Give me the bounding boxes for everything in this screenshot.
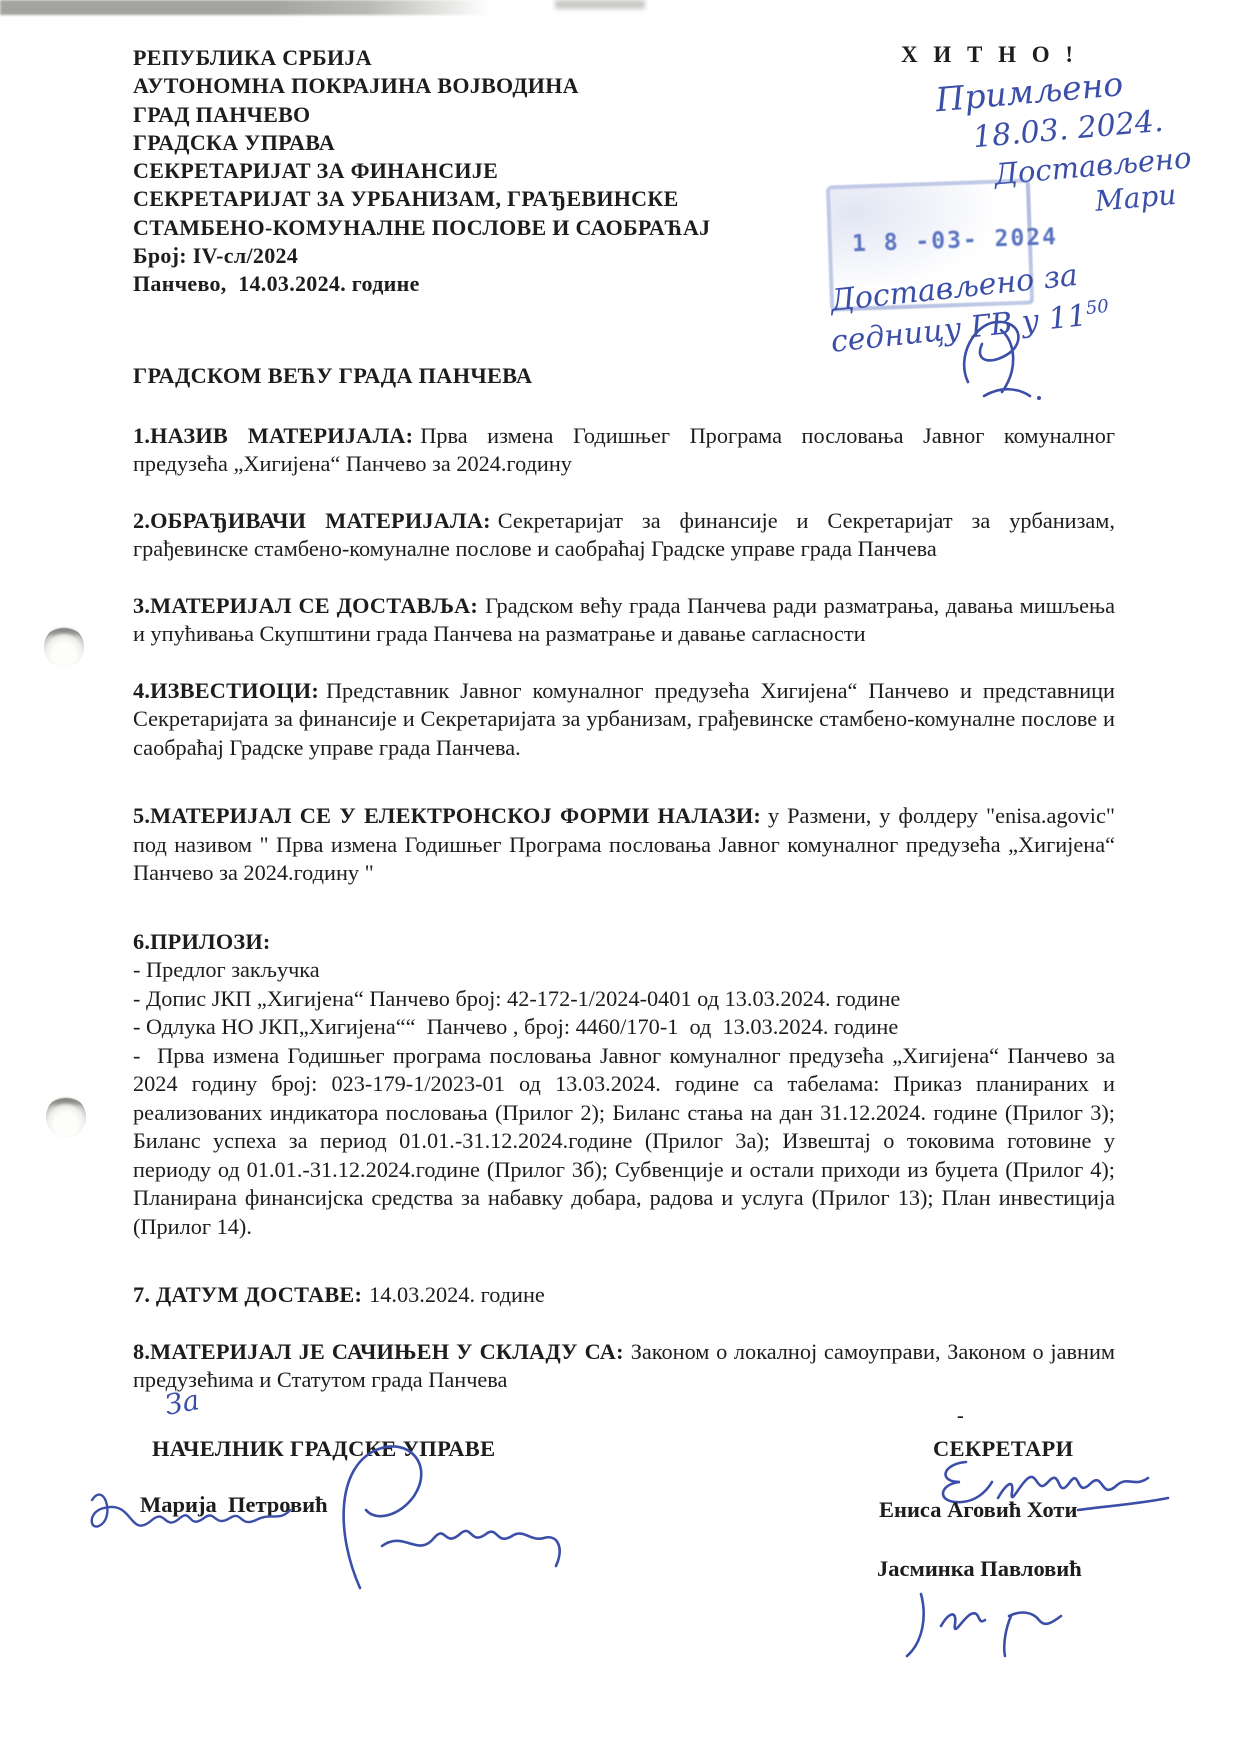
- letterhead-line: РЕПУБЛИКА СРБИЈА: [133, 44, 783, 72]
- section-8-label: 8.МАТЕРИЈАЛ ЈЕ САЧИЊЕН У СКЛАДУ СА:: [133, 1339, 624, 1364]
- section-2-label: 2.ОБРАЂИВАЧИ МАТЕРИЈАЛА:: [133, 508, 491, 533]
- letterhead-line: СЕКРЕТАРИЈАТ ЗА ФИНАНСИЈЕ: [133, 157, 783, 185]
- section-8: 8.МАТЕРИЈАЛ ЈЕ САЧИЊЕН У СКЛАДУ СА:Закон…: [133, 1338, 1115, 1395]
- section-4: 4.ИЗВЕСТИОЦИ:Представник Јавног комуналн…: [133, 677, 1115, 763]
- attachment-item: - Предлог закључка: [133, 956, 1115, 985]
- secretary-2-signature: [893, 1586, 1083, 1666]
- section-6: 6.ПРИЛОЗИ: - Предлог закључка - Допис ЈК…: [133, 928, 1115, 1242]
- section-3: 3.МАТЕРИЈАЛ СЕ ДОСТАВЉА:Градском већу гр…: [133, 592, 1115, 649]
- punch-hole-bottom: [46, 1096, 86, 1138]
- secretary-2-name: Јасминка Павловић: [877, 1556, 1082, 1582]
- section-5-label: 5.МАТЕРИЈАЛ СЕ У ЕЛЕКТРОНСКОЈ ФОРМИ НАЛА…: [133, 803, 761, 828]
- tiny-dash-mark: -: [957, 1405, 964, 1428]
- letterhead-line: СЕКРЕТАРИЈАТ ЗА УРБАНИЗАМ, ГРАЂЕВИНСКЕ: [133, 185, 783, 213]
- letterhead-line: СТАМБЕНО-КОМУНАЛНЕ ПОСЛОВЕ И САОБРАЋАЈ: [133, 214, 783, 242]
- scan-artifact-smudge: [555, 0, 645, 9]
- scanned-document-page: РЕПУБЛИКА СРБИЈА АУТОНОМНА ПОКРАЈИНА ВОЈ…: [0, 0, 1240, 1752]
- left-signature-small: [84, 1462, 299, 1567]
- secretary-1-name: Ениса Аговић Хоти: [879, 1497, 1077, 1523]
- urgent-label: Х И Т Н О !: [901, 42, 1078, 68]
- letterhead-line: АУТОНОМНА ПОКРАЈИНА ВОЈВОДИНА: [133, 72, 783, 100]
- scan-artifact-strip: [0, 0, 490, 15]
- attachment-item: - Одлука НО ЈКП„Хигијена““ Панчево , бро…: [133, 1013, 1115, 1042]
- document-place-date: Панчево, 14.03.2024. године: [133, 270, 783, 298]
- section-1: 1.НАЗИВ МАТЕРИЈАЛА:Прва измена Годишњег …: [133, 422, 1115, 479]
- attachment-item: - Прва измена Годишњег програма пословањ…: [133, 1042, 1115, 1242]
- section-7: 7. ДАТУМ ДОСТАВЕ:14.03.2024. године: [133, 1281, 1115, 1310]
- section-5: 5.МАТЕРИЈАЛ СЕ У ЕЛЕКТРОНСКОЈ ФОРМИ НАЛА…: [133, 802, 1115, 888]
- handwritten-za-note: За: [162, 1383, 201, 1421]
- letterhead: РЕПУБЛИКА СРБИЈА АУТОНОМНА ПОКРАЈИНА ВОЈ…: [133, 44, 783, 299]
- punch-hole-top: [44, 626, 84, 668]
- attachment-item: - Допис ЈКП „Хигијена“ Панчево број: 42-…: [133, 985, 1115, 1014]
- letterhead-line: ГРАД ПАНЧЕВО: [133, 101, 783, 129]
- recipient-line: ГРАДСКОМ ВЕЋУ ГРАДА ПАНЧЕВА: [133, 362, 1115, 391]
- section-4-label: 4.ИЗВЕСТИОЦИ:: [133, 678, 319, 703]
- section-3-label: 3.МАТЕРИЈАЛ СЕ ДОСТАВЉА:: [133, 593, 478, 618]
- document-number: Број: IV-сл/2024: [133, 242, 783, 270]
- document-body: ГРАДСКОМ ВЕЋУ ГРАДА ПАНЧЕВА 1.НАЗИВ МАТЕ…: [133, 362, 1115, 1423]
- letterhead-line: ГРАДСКА УПРАВА: [133, 129, 783, 157]
- section-2: 2.ОБРАЂИВАЧИ МАТЕРИЈАЛА:Секретаријат за …: [133, 507, 1115, 564]
- section-7-text: 14.03.2024. године: [369, 1282, 545, 1307]
- section-1-label: 1.НАЗИВ МАТЕРИЈАЛА:: [133, 423, 413, 448]
- left-signature-large: [318, 1438, 573, 1598]
- section-7-label: 7. ДАТУМ ДОСТАВЕ:: [133, 1282, 362, 1307]
- section-6-label: 6.ПРИЛОЗИ:: [133, 928, 1108, 957]
